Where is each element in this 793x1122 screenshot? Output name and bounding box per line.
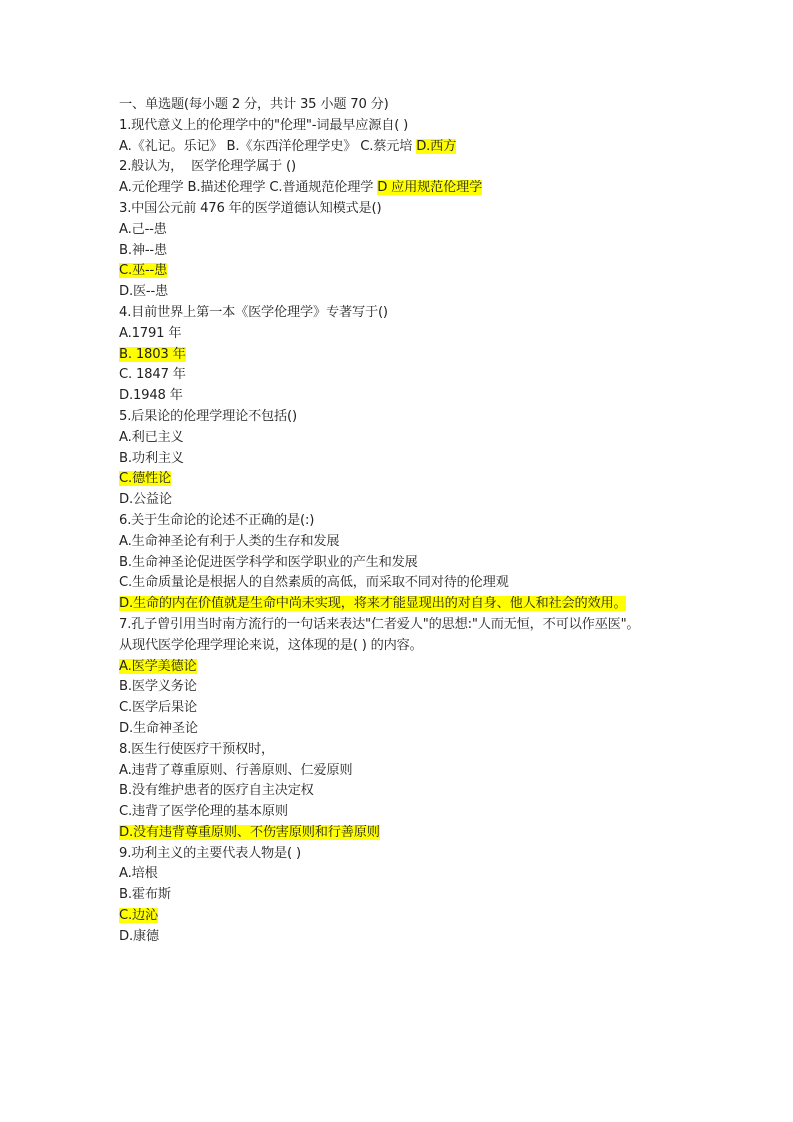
option-d: D.康德 xyxy=(119,929,159,944)
option-a: A.己--患 xyxy=(119,222,167,237)
option-b: B.神--患 xyxy=(119,243,167,258)
question-9-stem: 9.功利主义的主要代表人物是( ) xyxy=(119,844,679,865)
option-a: A.违背了尊重原则、行善原则、仁爱原则 xyxy=(119,763,352,778)
option-c-answer: C.德性论 xyxy=(119,471,171,486)
question-1-options: A.《礼记。乐记》 B.《东西洋伦理学史》 C.蔡元培 D.西方 xyxy=(119,137,679,158)
option-c-answer: C.边沁 xyxy=(119,908,158,923)
option-c: C.违背了医学伦理的基本原则 xyxy=(119,804,288,819)
question-6-stem: 6.关于生命论的论述不正确的是(:) xyxy=(119,511,679,532)
question-7-stem: 7.孔子曾引用当时南方流行的一句话来表达"仁者爱人"的思想:"人而无恒，不可以作… xyxy=(119,615,679,636)
option-a: A.1791 年 xyxy=(119,326,181,341)
option-b: B.《东西洋伦理学史》 xyxy=(227,139,357,154)
question-8-stem: 8.医生行使医疗干预权时， xyxy=(119,740,679,761)
section-title: 一、单选题(每小题 2 分，共计 35 小题 70 分) xyxy=(119,95,679,116)
option-c-answer: C.巫--患 xyxy=(119,263,167,278)
option-b: B.没有维护患者的医疗自主决定权 xyxy=(119,783,314,798)
option-a: A.利已主义 xyxy=(119,430,184,445)
option-b: B.霍布斯 xyxy=(119,887,171,902)
option-b: B.功利主义 xyxy=(119,451,184,466)
option-d-answer: D.西方 xyxy=(416,139,456,154)
question-2-stem: 2.般认为， 医学伦理学属于 () xyxy=(119,157,679,178)
option-c: C. 1847 年 xyxy=(119,367,186,382)
option-d: D.1948 年 xyxy=(119,388,183,403)
document-page: 一、单选题(每小题 2 分，共计 35 小题 70 分) 1.现代意义上的伦理学… xyxy=(119,95,679,948)
option-a: A.元伦理学 xyxy=(119,180,184,195)
option-b-answer: B. 1803 年 xyxy=(119,347,186,362)
option-c: C.蔡元培 xyxy=(360,139,412,154)
question-2-options: A.元伦理学 B.描述伦理学 C.普通规范伦理学 D 应用规范伦理学 xyxy=(119,178,679,199)
option-a-answer: A.医学美德论 xyxy=(119,659,197,674)
option-a: A.培根 xyxy=(119,866,158,881)
option-b: B.描述伦理学 xyxy=(188,180,266,195)
option-a: A.《礼记。乐记》 xyxy=(119,139,223,154)
option-d: D.生命神圣论 xyxy=(119,721,198,736)
option-d-answer: D 应用规范伦理学 xyxy=(377,180,482,195)
option-c: C.生命质量论是根据人的自然素质的高低，而采取不同对待的伦理观 xyxy=(119,575,509,590)
question-1-stem: 1.现代意义上的伦理学中的"伦理"-词最早应源自( ) xyxy=(119,116,679,137)
option-c: C.普通规范伦理学 xyxy=(269,180,373,195)
option-b: B.医学义务论 xyxy=(119,679,197,694)
option-c: C.医学后果论 xyxy=(119,700,197,715)
option-a: A.生命神圣论有利于人类的生存和发展 xyxy=(119,534,339,549)
option-d-answer: D.没有违背尊重原则、不伤害原则和行善原则 xyxy=(119,825,380,840)
question-4-stem: 4.目前世界上第一本《医学伦理学》专著写于() xyxy=(119,303,679,324)
option-d-answer: D.生命的内在价值就是生命中尚未实现，将来才能显现出的对自身、他人和社会的效用。 xyxy=(119,596,626,611)
question-5-stem: 5.后果论的伦理学理论不包括() xyxy=(119,407,679,428)
option-d: D.医--患 xyxy=(119,284,168,299)
question-3-stem: 3.中国公元前 476 年的医学道德认知模式是() xyxy=(119,199,679,220)
option-b: B.生命神圣论促进医学科学和医学职业的产生和发展 xyxy=(119,555,418,570)
option-d: D.公益论 xyxy=(119,492,172,507)
question-7-stem-continued: 从现代医学伦理学理论来说，这体现的是( ) 的内容。 xyxy=(119,636,679,657)
